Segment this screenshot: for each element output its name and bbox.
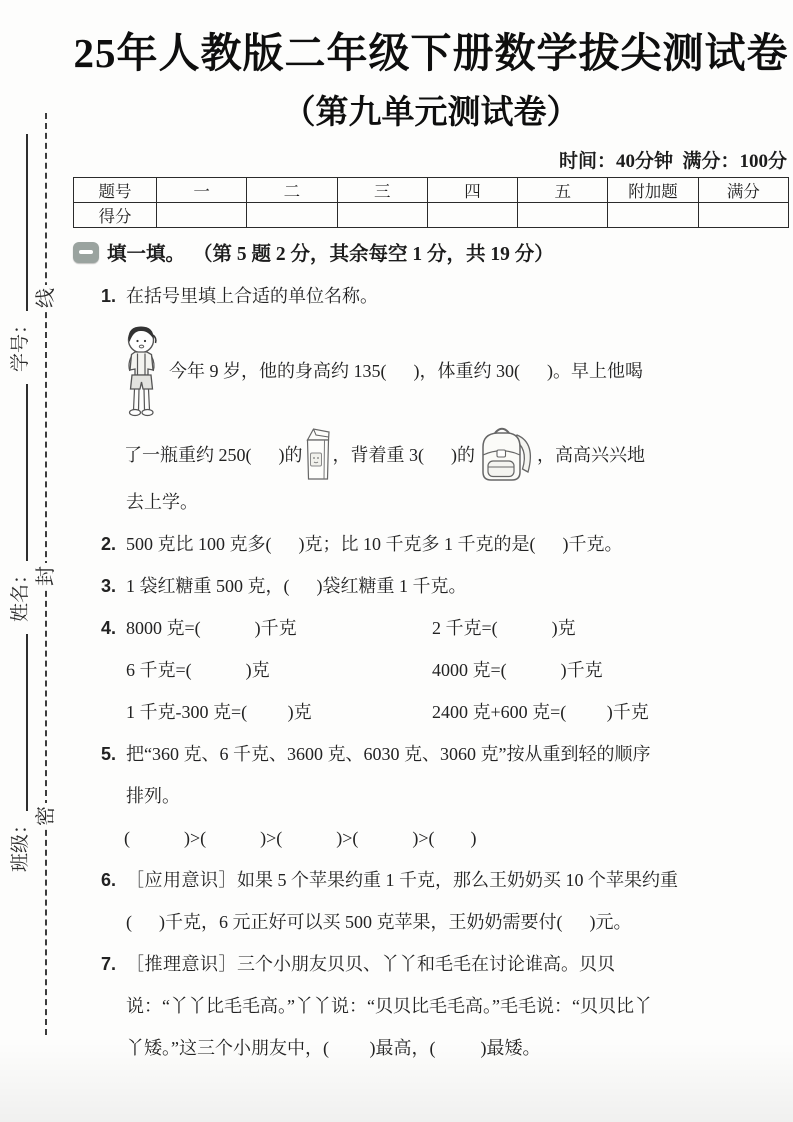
- question-7-line-3: 丫矮。”这三个小朋友中，( )最高，( )最矮。: [73, 1035, 789, 1061]
- question-text: 如果 5 个苹果约重 1 千克，那么王奶奶买 10 个苹果约重: [237, 870, 678, 890]
- competency-tag: ［应用意识］: [126, 870, 237, 890]
- question-text: 在括号里填上合适的单位名称。: [126, 286, 378, 306]
- score-header-cell: 五: [518, 178, 608, 203]
- question-1-row-items: 了一瓶重约 250( )的 ，背着重 3( )的: [124, 421, 789, 487]
- question-1-title: 1.在括号里填上合适的单位名称。: [73, 283, 789, 309]
- score-table: 题号 一 二 三 四 五 附加题 满分 得分: [73, 177, 789, 228]
- score-cell: [427, 203, 517, 228]
- question-number: 6.: [101, 867, 126, 893]
- boy-illustration-icon: [115, 321, 167, 419]
- seal-char-xian: 线: [31, 285, 61, 311]
- question-1-line-2a: 了一瓶重约 250( )的: [124, 441, 303, 467]
- student-id-label: 学号：: [7, 315, 34, 372]
- question-6-line-2: ( )千克，6 元正好可以买 500 克苹果，王奶奶需要付( )元。: [73, 909, 789, 935]
- conversion-item: 2 千克=( )克: [432, 615, 576, 641]
- score-header-cell: 附加题: [608, 178, 698, 203]
- name-label: 姓名：: [7, 565, 34, 622]
- question-1-line-2c: ，高高兴兴地: [537, 441, 645, 467]
- badge-dash-glyph: [79, 250, 93, 254]
- question-1-row-boy: 今年 9 岁，他的身高约 135( )，体重约 30( )。早上他喝: [115, 319, 789, 421]
- question-number: 7.: [101, 951, 126, 977]
- question-4-row-2: 6 千克=( )克 4000 克=( )千克: [73, 657, 789, 683]
- page-title: 25年人教版二年级下册数学拔尖测试卷: [73, 20, 789, 79]
- seal-labels-rotated: 班级： 姓名： 学号：: [7, 122, 34, 872]
- question-5-line-2: 排列。: [73, 783, 789, 809]
- score-table-header-row: 题号 一 二 三 四 五 附加题 满分: [74, 178, 789, 203]
- question-5-line-1: 5.把“360 克、6 千克、3600 克、6030 克、3060 克”按从重到…: [73, 741, 789, 767]
- score-header-cell: 满分: [698, 178, 788, 203]
- test-paper-page: { "page": { "title": "25年人教版二年级下册数学拔尖测试卷…: [0, 0, 793, 1122]
- question-5-ordering-blanks: ( )>( )>( )>( )>( ): [73, 825, 789, 851]
- question-text: 三个小朋友贝贝、丫丫和毛毛在讨论谁高。贝贝: [237, 954, 615, 974]
- milk-carton-illustration-icon: [303, 425, 333, 483]
- score-header-cell: 题号: [74, 178, 157, 203]
- backpack-illustration-icon: [475, 424, 537, 484]
- question-number: 4.: [101, 615, 126, 641]
- score-cell: [518, 203, 608, 228]
- score-row-label: 得分: [74, 203, 157, 228]
- question-4-row-1: 4.8000 克=( )千克 2 千克=( )克: [73, 615, 789, 641]
- score-header-cell: 四: [427, 178, 517, 203]
- student-id-blank-line: [14, 134, 28, 311]
- competency-tag: ［推理意识］: [126, 954, 237, 974]
- seal-margin-labels: 班级： 姓名： 学号：: [7, 122, 34, 872]
- question-text: 500 克比 100 克多( )克；比 10 千克多 1 千克的是( )千克。: [126, 534, 622, 554]
- question-number: 2.: [101, 531, 126, 557]
- score-table-score-row: 得分: [74, 203, 789, 228]
- score-cell: [608, 203, 698, 228]
- time-fullscore-line: 时间：40分钟 满分：100分: [73, 146, 789, 173]
- score-header-cell: 一: [157, 178, 247, 203]
- seal-char-mi: 密: [31, 803, 61, 829]
- conversion-item: 8000 克=( )千克: [126, 618, 297, 638]
- question-number: 3.: [101, 573, 126, 599]
- question-3: 3.1 袋红糖重 500 克，( )袋红糖重 1 千克。: [73, 573, 789, 599]
- name-blank-line: [14, 384, 28, 561]
- question-7-line-2: 说：“丫丫比毛毛高。”丫丫说：“贝贝比毛毛高。”毛毛说：“贝贝比丫: [73, 993, 789, 1019]
- conversion-item: 6 千克=( )克: [126, 657, 432, 683]
- score-cell: [337, 203, 427, 228]
- question-2: 2.500 克比 100 克多( )克；比 10 千克多 1 千克的是( )千克…: [73, 531, 789, 557]
- question-4-row-3: 1 千克-300 克=( )克 2400 克+600 克=( )千克: [73, 699, 789, 725]
- question-7-line-1: 7.［推理意识］三个小朋友贝贝、丫丫和毛毛在讨论谁高。贝贝: [73, 951, 789, 977]
- question-6-line-1: 6.［应用意识］如果 5 个苹果约重 1 千克，那么王奶奶买 10 个苹果约重: [73, 867, 789, 893]
- class-blank-line: [14, 634, 28, 811]
- section-score-note: （第 5 题 2 分，其余每空 1 分，共 19 分）: [193, 238, 554, 266]
- question-number: 1.: [101, 283, 126, 309]
- seal-char-feng: 封: [31, 563, 61, 589]
- conversion-item: 1 千克-300 克=( )克: [126, 699, 432, 725]
- class-label: 班级：: [7, 815, 34, 872]
- section-one-badge-icon: [73, 242, 99, 263]
- question-text: 1 袋红糖重 500 克，( )袋红糖重 1 千克。: [126, 576, 467, 596]
- section-title: 填一填。: [107, 238, 185, 266]
- question-number: 5.: [101, 741, 126, 767]
- conversion-item: 2400 克+600 克=( )千克: [432, 699, 649, 725]
- question-1-line-3: 去上学。: [126, 489, 789, 515]
- page-subtitle: （第九单元测试卷）: [73, 86, 789, 133]
- score-cell: [157, 203, 247, 228]
- score-cell: [247, 203, 337, 228]
- conversion-item: 4000 克=( )千克: [432, 657, 603, 683]
- score-header-cell: 三: [337, 178, 427, 203]
- score-header-cell: 二: [247, 178, 337, 203]
- score-cell: [698, 203, 788, 228]
- question-1-line-1: 今年 9 岁，他的身高约 135( )，体重约 30( )。早上他喝: [169, 357, 643, 383]
- question-1-line-2b: ，背着重 3( )的: [333, 441, 476, 467]
- question-text: 把“360 克、6 千克、3600 克、6030 克、3060 克”按从重到轻的…: [126, 744, 650, 764]
- main-content: 25年人教版二年级下册数学拔尖测试卷 （第九单元测试卷） 时间：40分钟 满分：…: [73, 0, 789, 1061]
- question-list: 1.在括号里填上合适的单位名称。 今年 9 岁，他的身高约 135(: [73, 283, 789, 1061]
- section-one-header: 填一填。（第 5 题 2 分，其余每空 1 分，共 19 分）: [73, 238, 789, 266]
